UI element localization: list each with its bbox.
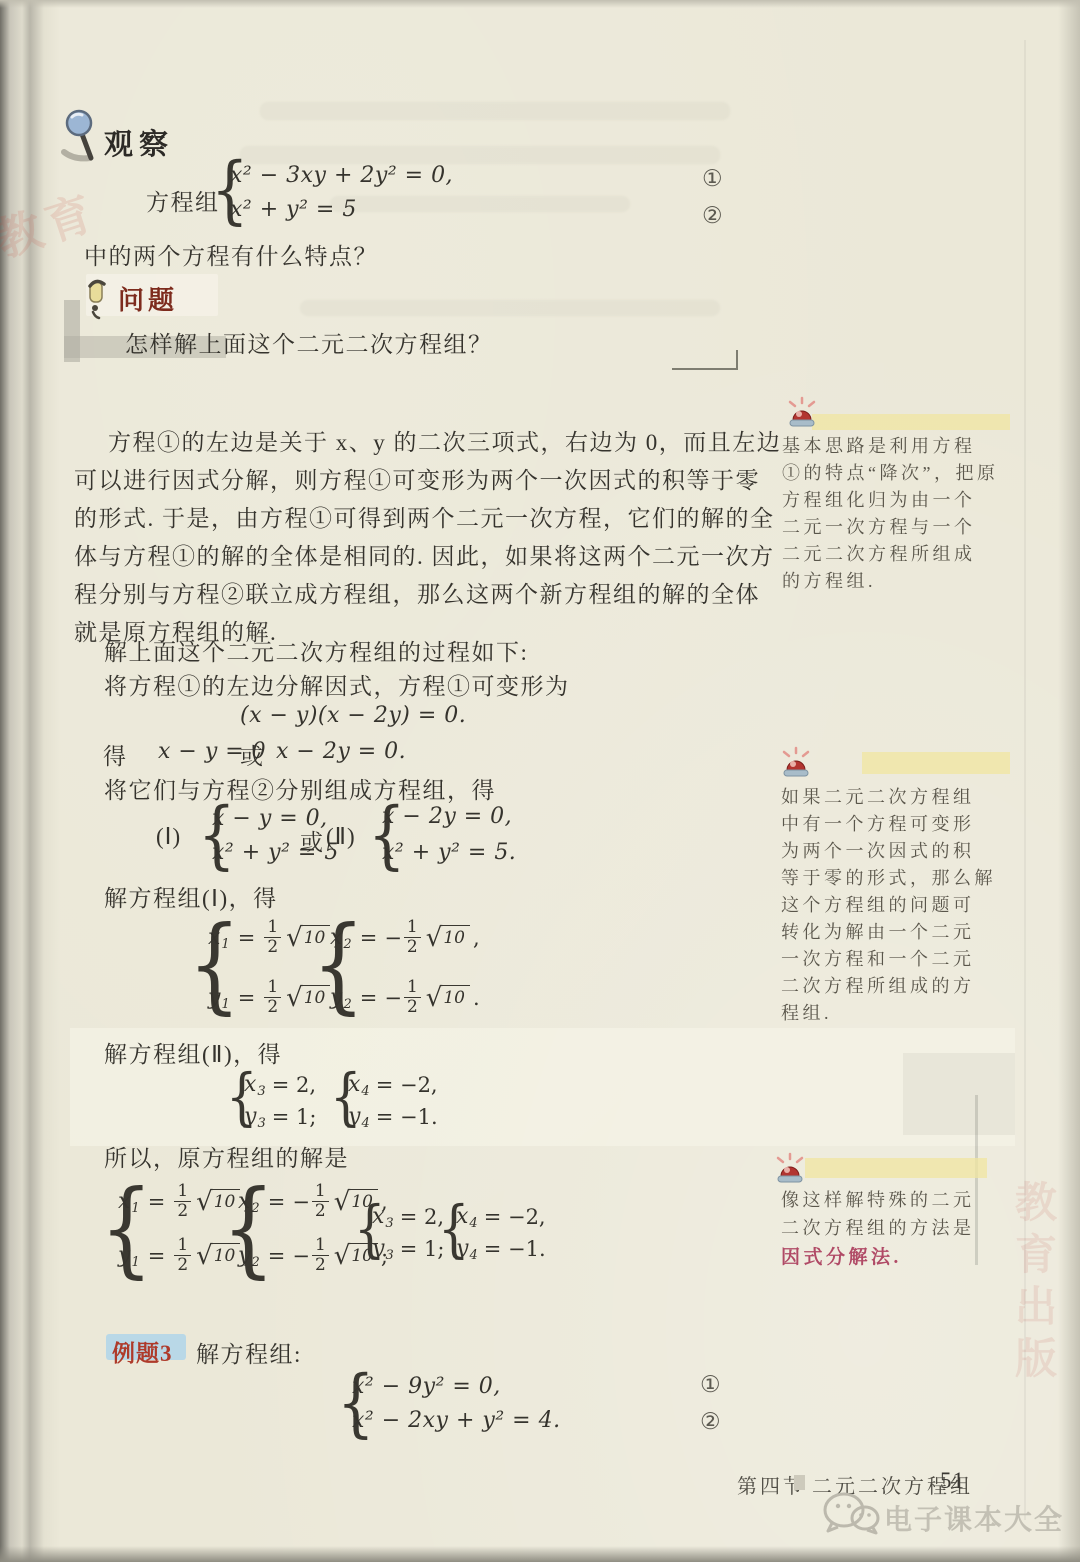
solution-y4-line: y4= −1. [348,1104,438,1129]
or-label: 或 [240,738,265,771]
system-label: 方程组 [146,184,220,217]
equation-1: x² − 3xy + 2y² = 0, [230,163,453,188]
note-line: 二次方程组的方法是 [781,1214,975,1240]
page-edge-bottom [0,1546,1080,1562]
observe-question: 中的两个方程有什么特点？ [84,238,378,271]
problem-icon [80,276,112,325]
system-II-eq2: x² + y² = 5. [382,840,516,865]
problem-question: 怎样解上面这个二元二次方程组？ [125,326,493,359]
paragraph-line: 方程①的左边是关于 x、y 的二次三项式，右边为 0，而且左边 [108,424,781,457]
textbook-page: 教育 教育出版 观察 方程组 { x² − 3xy + 2y² = 0, x² … [0,0,1080,1562]
solution-x3-line: x3= 2, [244,1072,316,1097]
factor-line: 将方程①的左边分解因式，方程①可变形为 [104,668,570,701]
note-line: 如果二元二次方程组 [781,783,975,809]
process-intro: 解上面这个二元二次方程组的过程如下: [104,634,528,667]
note-line: 中有一个方程可变形 [781,810,975,836]
note-line: 二元一次方程与一个 [782,513,976,539]
example-eq2: x² − 2xy + y² = 4. [352,1408,561,1433]
problem-header: 问题 [118,280,178,317]
equation-2: x² + y² = 5 [230,197,357,222]
example-tag-2: ② [700,1409,721,1435]
solution-y2-line: y2 = − 12 √10 . [330,978,480,1017]
bleedthrough-box [903,1053,1015,1135]
note-line: ①的特点“降次”，把原 [782,459,998,485]
paragraph-line: 体与方程①的解的全体是相同的. 因此，如果将这两个二元一次方 [74,538,775,571]
system-I-label: (Ⅰ) [156,824,181,850]
paragraph-line: 可以进行因式分解，则方程①可变形为两个一次因式的积等于零 [74,462,760,495]
bleedthrough-text-row [260,102,730,120]
final-x3-line: x3= 2, [372,1204,444,1229]
footer-divider-square [794,1475,805,1490]
system-II-label: (Ⅱ) [326,824,356,850]
note-line: 像这样解特殊的二元 [781,1186,975,1212]
magnifier-icon [60,108,106,169]
example-label: 例题3 [112,1335,173,1368]
or-label: 或 [300,824,324,857]
example-tag-1: ① [700,1372,721,1398]
combine-line: 将它们与方程②分别组成方程组，得 [104,772,496,805]
note-highlight-band [862,752,1010,774]
bleedthrough-text-row [330,196,630,212]
solution-x2-line: x2 = − 12 √10 , [330,918,480,957]
case-2: x − 2y = 0. [276,739,406,764]
bleedthrough-corner [672,350,738,370]
footer-page-number: 51 [940,1468,965,1494]
note-highlight-band [805,1158,987,1178]
note-line: 一次方程和一个二元 [781,945,975,971]
paragraph-line: 的形式. 于是，由方程①可得到两个二元一次方程，它们的解的全 [74,500,775,533]
note-line: 二次方程所组成的方 [781,972,975,998]
note-highlight-band [812,414,1010,430]
note-highlight-term: 因式分解法. [781,1242,902,1269]
note-line: 程组. [781,999,832,1025]
page-edge-top [0,0,1080,8]
siren-icon [776,744,816,787]
wechat-icon [820,1490,880,1543]
final-x4-line: x4= −2, [456,1204,546,1229]
de-label: 得 [103,738,128,771]
note-line: 等于零的形式，那么解 [781,864,996,890]
example-title: 解方程组: [196,1336,302,1369]
bleedthrough-text-row [300,300,720,316]
equation-tag-2: ② [702,203,723,229]
variable: x [208,925,220,950]
solution-y3-line: y3= 1; [244,1104,316,1129]
siren-icon [782,394,822,437]
example-eq1: x² − 9y² = 0, [352,1374,501,1399]
system-II-eq1: x − 2y = 0, [382,804,512,829]
note-line: 转化为解由一个二元 [781,918,975,944]
note-line: 二元二次方程所组成 [782,540,976,566]
subscript: 1 [221,937,229,952]
observe-header: 观察 [104,122,174,163]
note-line: 这个方程组的问题可 [781,891,975,917]
fraction: 12 [264,918,281,957]
equation-tag-1: ① [702,166,723,192]
paragraph-line: 程分别与方程②联立成方程组，那么这两个新方程组的解的全体 [74,576,760,609]
bleedthrough-text-row [240,146,720,164]
equals-sign: = [238,926,256,950]
factored-equation: (x − y)(x − 2y) = 0. [240,703,466,728]
solution-x4-line: x4= −2, [348,1072,438,1097]
page-edge-right [1058,0,1080,1562]
page-gutter [0,0,60,1562]
note-line: 的方程组. [782,567,876,593]
note-line: 为两个一次因式的积 [781,837,975,863]
final-y3-line: y3= 1; [372,1236,444,1261]
note-line: 基本思路是利用方程 [782,432,976,458]
brand-watermark: 电子课本大全 [884,1498,1064,1538]
column-rule [1024,40,1026,1520]
note-line: 方程组化归为由一个 [782,486,976,512]
bleedthrough-line [975,1095,978,1265]
final-y4-line: y4= −1. [456,1236,546,1261]
seal-watermark-right: 教育出版 [1002,1180,1062,1388]
